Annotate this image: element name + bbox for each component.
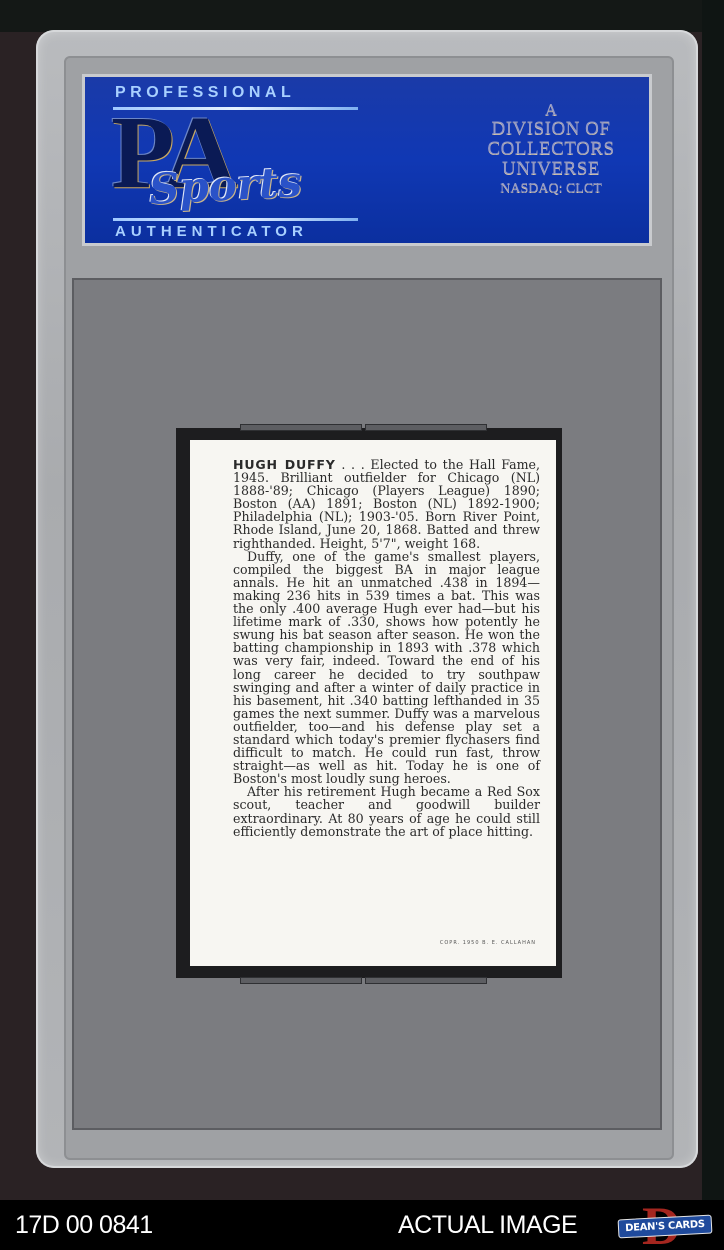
card-bio-text: HUGH DUFFY . . . Elected to the Hall Fam…: [233, 458, 540, 838]
baseball-card-back: HUGH DUFFY . . . Elected to the Hall Fam…: [190, 440, 556, 966]
division-line-1: A: [471, 101, 631, 119]
division-line-3: COLLECTORS: [471, 139, 631, 159]
label-authenticator-text: AUTHENTICATOR: [115, 223, 308, 240]
bio-intro: . . . Elected to the Hall Fame, 1945. Br…: [233, 457, 540, 551]
holder-clip: [240, 424, 362, 431]
background-top: [0, 0, 724, 32]
bio-paragraph: After his retirement Hugh became a Red S…: [233, 785, 540, 837]
division-line-5: NASDAQ: CLCT: [471, 182, 631, 197]
holder-clip: [365, 424, 487, 431]
footer-bar: 17D 00 0841 ACTUAL IMAGE D DEAN'S CARDS: [0, 1200, 724, 1250]
bio-paragraph: Duffy, one of the game's smallest player…: [233, 550, 540, 786]
copyright-text: COPR. 1950 B. E. CALLAHAN: [440, 940, 536, 946]
bio-paragraph: HUGH DUFFY . . . Elected to the Hall Fam…: [233, 458, 540, 550]
holder-clip: [365, 977, 487, 984]
psa-logo-script: Sports: [148, 157, 303, 214]
division-line-2: DIVISION OF: [471, 119, 631, 139]
division-line-4: UNIVERSE: [471, 159, 631, 179]
cert-number: 17D 00 0841: [15, 1211, 153, 1240]
psa-label: PROFESSIONAL PA Sports AUTHENTICATOR A D…: [82, 74, 652, 246]
deans-cards-logo: D DEAN'S CARDS: [614, 1203, 712, 1249]
background-right: [702, 0, 724, 1200]
actual-image-caption: ACTUAL IMAGE: [398, 1211, 577, 1240]
logo-banner: DEAN'S CARDS: [618, 1215, 713, 1239]
label-divider-bottom: [113, 218, 358, 221]
holder-clip: [240, 977, 362, 984]
division-text: A DIVISION OF COLLECTORS UNIVERSE NASDAQ…: [471, 101, 631, 196]
